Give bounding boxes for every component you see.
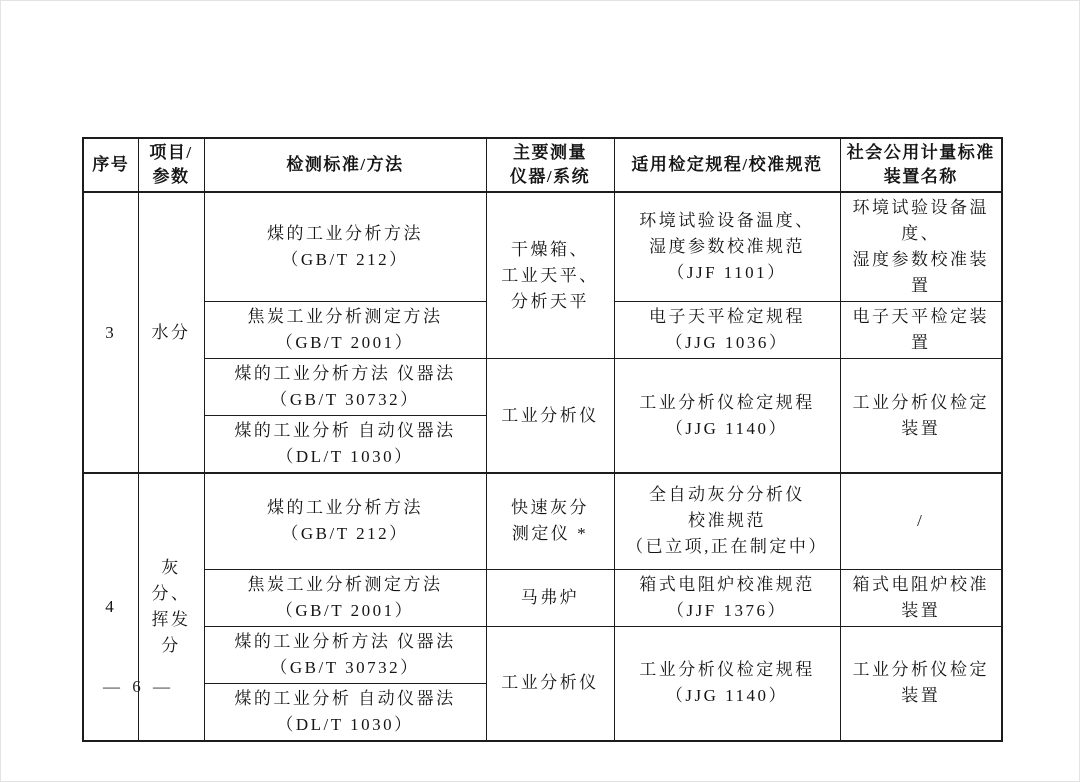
cell-g3-r4-method: 煤的工业分析 自动仪器法 （DL/T 1030） bbox=[204, 416, 486, 474]
cell-g3-r2-device: 电子天平检定装置 bbox=[840, 302, 1002, 359]
cell-g4-r4-method: 煤的工业分析 自动仪器法 （DL/T 1030） bbox=[204, 683, 486, 741]
cell-g3-r1-method: 煤的工业分析方法 （GB/T 212） bbox=[204, 192, 486, 302]
cell-g3-r1-device: 环境试验设备温度、 湿度参数校准装置 bbox=[840, 192, 1002, 302]
cell-g4-parameter: 灰分、 挥发分 bbox=[138, 473, 204, 741]
table-row: 煤的工业分析方法 仪器法 （GB/T 30732） 工业分析仪 工业分析仪检定规… bbox=[83, 359, 1002, 416]
header-item-parameter: 项目/ 参数 bbox=[138, 138, 204, 192]
cell-g3-r34-spec: 工业分析仪检定规程 （JJG 1140） bbox=[614, 359, 840, 474]
cell-g4-r1-device: / bbox=[840, 473, 1002, 569]
cell-g4-r1-spec: 全自动灰分分析仪 校准规范 （已立项,正在制定中） bbox=[614, 473, 840, 569]
cell-g3-r3-method: 煤的工业分析方法 仪器法 （GB/T 30732） bbox=[204, 359, 486, 416]
table-row: 3 水分 煤的工业分析方法 （GB/T 212） 干燥箱、 工业天平、 分析天平… bbox=[83, 192, 1002, 302]
cell-g3-serial: 3 bbox=[83, 192, 138, 473]
cell-g4-r2-method: 焦炭工业分析测定方法 （GB/T 2001） bbox=[204, 569, 486, 626]
cell-g3-r34-instrument: 工业分析仪 bbox=[486, 359, 614, 474]
cell-g4-r34-device: 工业分析仪检定 装置 bbox=[840, 626, 1002, 741]
header-serial-number: 序号 bbox=[83, 138, 138, 192]
header-main-instrument-system: 主要测量 仪器/系统 bbox=[486, 138, 614, 192]
page-number: — 6 — bbox=[103, 677, 174, 697]
document-page: 序号 项目/ 参数 检测标准/方法 主要测量 仪器/系统 适用检定规程/校准规范… bbox=[0, 0, 1080, 782]
table-row: 4 灰分、 挥发分 煤的工业分析方法 （GB/T 212） 快速灰分 测定仪 *… bbox=[83, 473, 1002, 569]
cell-g3-r2-spec: 电子天平检定规程 （JJG 1036） bbox=[614, 302, 840, 359]
cell-g4-r34-instrument: 工业分析仪 bbox=[486, 626, 614, 741]
table-row: 煤的工业分析方法 仪器法 （GB/T 30732） 工业分析仪 工业分析仪检定规… bbox=[83, 626, 1002, 683]
cell-g3-r1-spec: 环境试验设备温度、 湿度参数校准规范 （JJF 1101） bbox=[614, 192, 840, 302]
cell-g3-r12-instrument: 干燥箱、 工业天平、 分析天平 bbox=[486, 192, 614, 359]
cell-g4-r1-method: 煤的工业分析方法 （GB/T 212） bbox=[204, 473, 486, 569]
cell-g4-r2-spec: 箱式电阻炉校准规范 （JJF 1376） bbox=[614, 569, 840, 626]
cell-g4-r2-device: 箱式电阻炉校准 装置 bbox=[840, 569, 1002, 626]
header-public-standard-device: 社会公用计量标准 装置名称 bbox=[840, 138, 1002, 192]
header-verification-regulation: 适用检定规程/校准规范 bbox=[614, 138, 840, 192]
table-header-row: 序号 项目/ 参数 检测标准/方法 主要测量 仪器/系统 适用检定规程/校准规范… bbox=[83, 138, 1002, 192]
header-test-standard-method: 检测标准/方法 bbox=[204, 138, 486, 192]
table-row: 焦炭工业分析测定方法 （GB/T 2001） 马弗炉 箱式电阻炉校准规范 （JJ… bbox=[83, 569, 1002, 626]
cell-g3-r34-device: 工业分析仪检定 装置 bbox=[840, 359, 1002, 474]
cell-g4-r3-method: 煤的工业分析方法 仪器法 （GB/T 30732） bbox=[204, 626, 486, 683]
cell-g3-r2-method: 焦炭工业分析测定方法 （GB/T 2001） bbox=[204, 302, 486, 359]
cell-g4-r1-instrument: 快速灰分 测定仪 * bbox=[486, 473, 614, 569]
cell-g4-r2-instrument: 马弗炉 bbox=[486, 569, 614, 626]
cell-g4-serial: 4 bbox=[83, 473, 138, 741]
cell-g3-parameter: 水分 bbox=[138, 192, 204, 473]
cell-g4-r34-spec: 工业分析仪检定规程 （JJG 1140） bbox=[614, 626, 840, 741]
measurement-standards-table: 序号 项目/ 参数 检测标准/方法 主要测量 仪器/系统 适用检定规程/校准规范… bbox=[82, 137, 1003, 742]
